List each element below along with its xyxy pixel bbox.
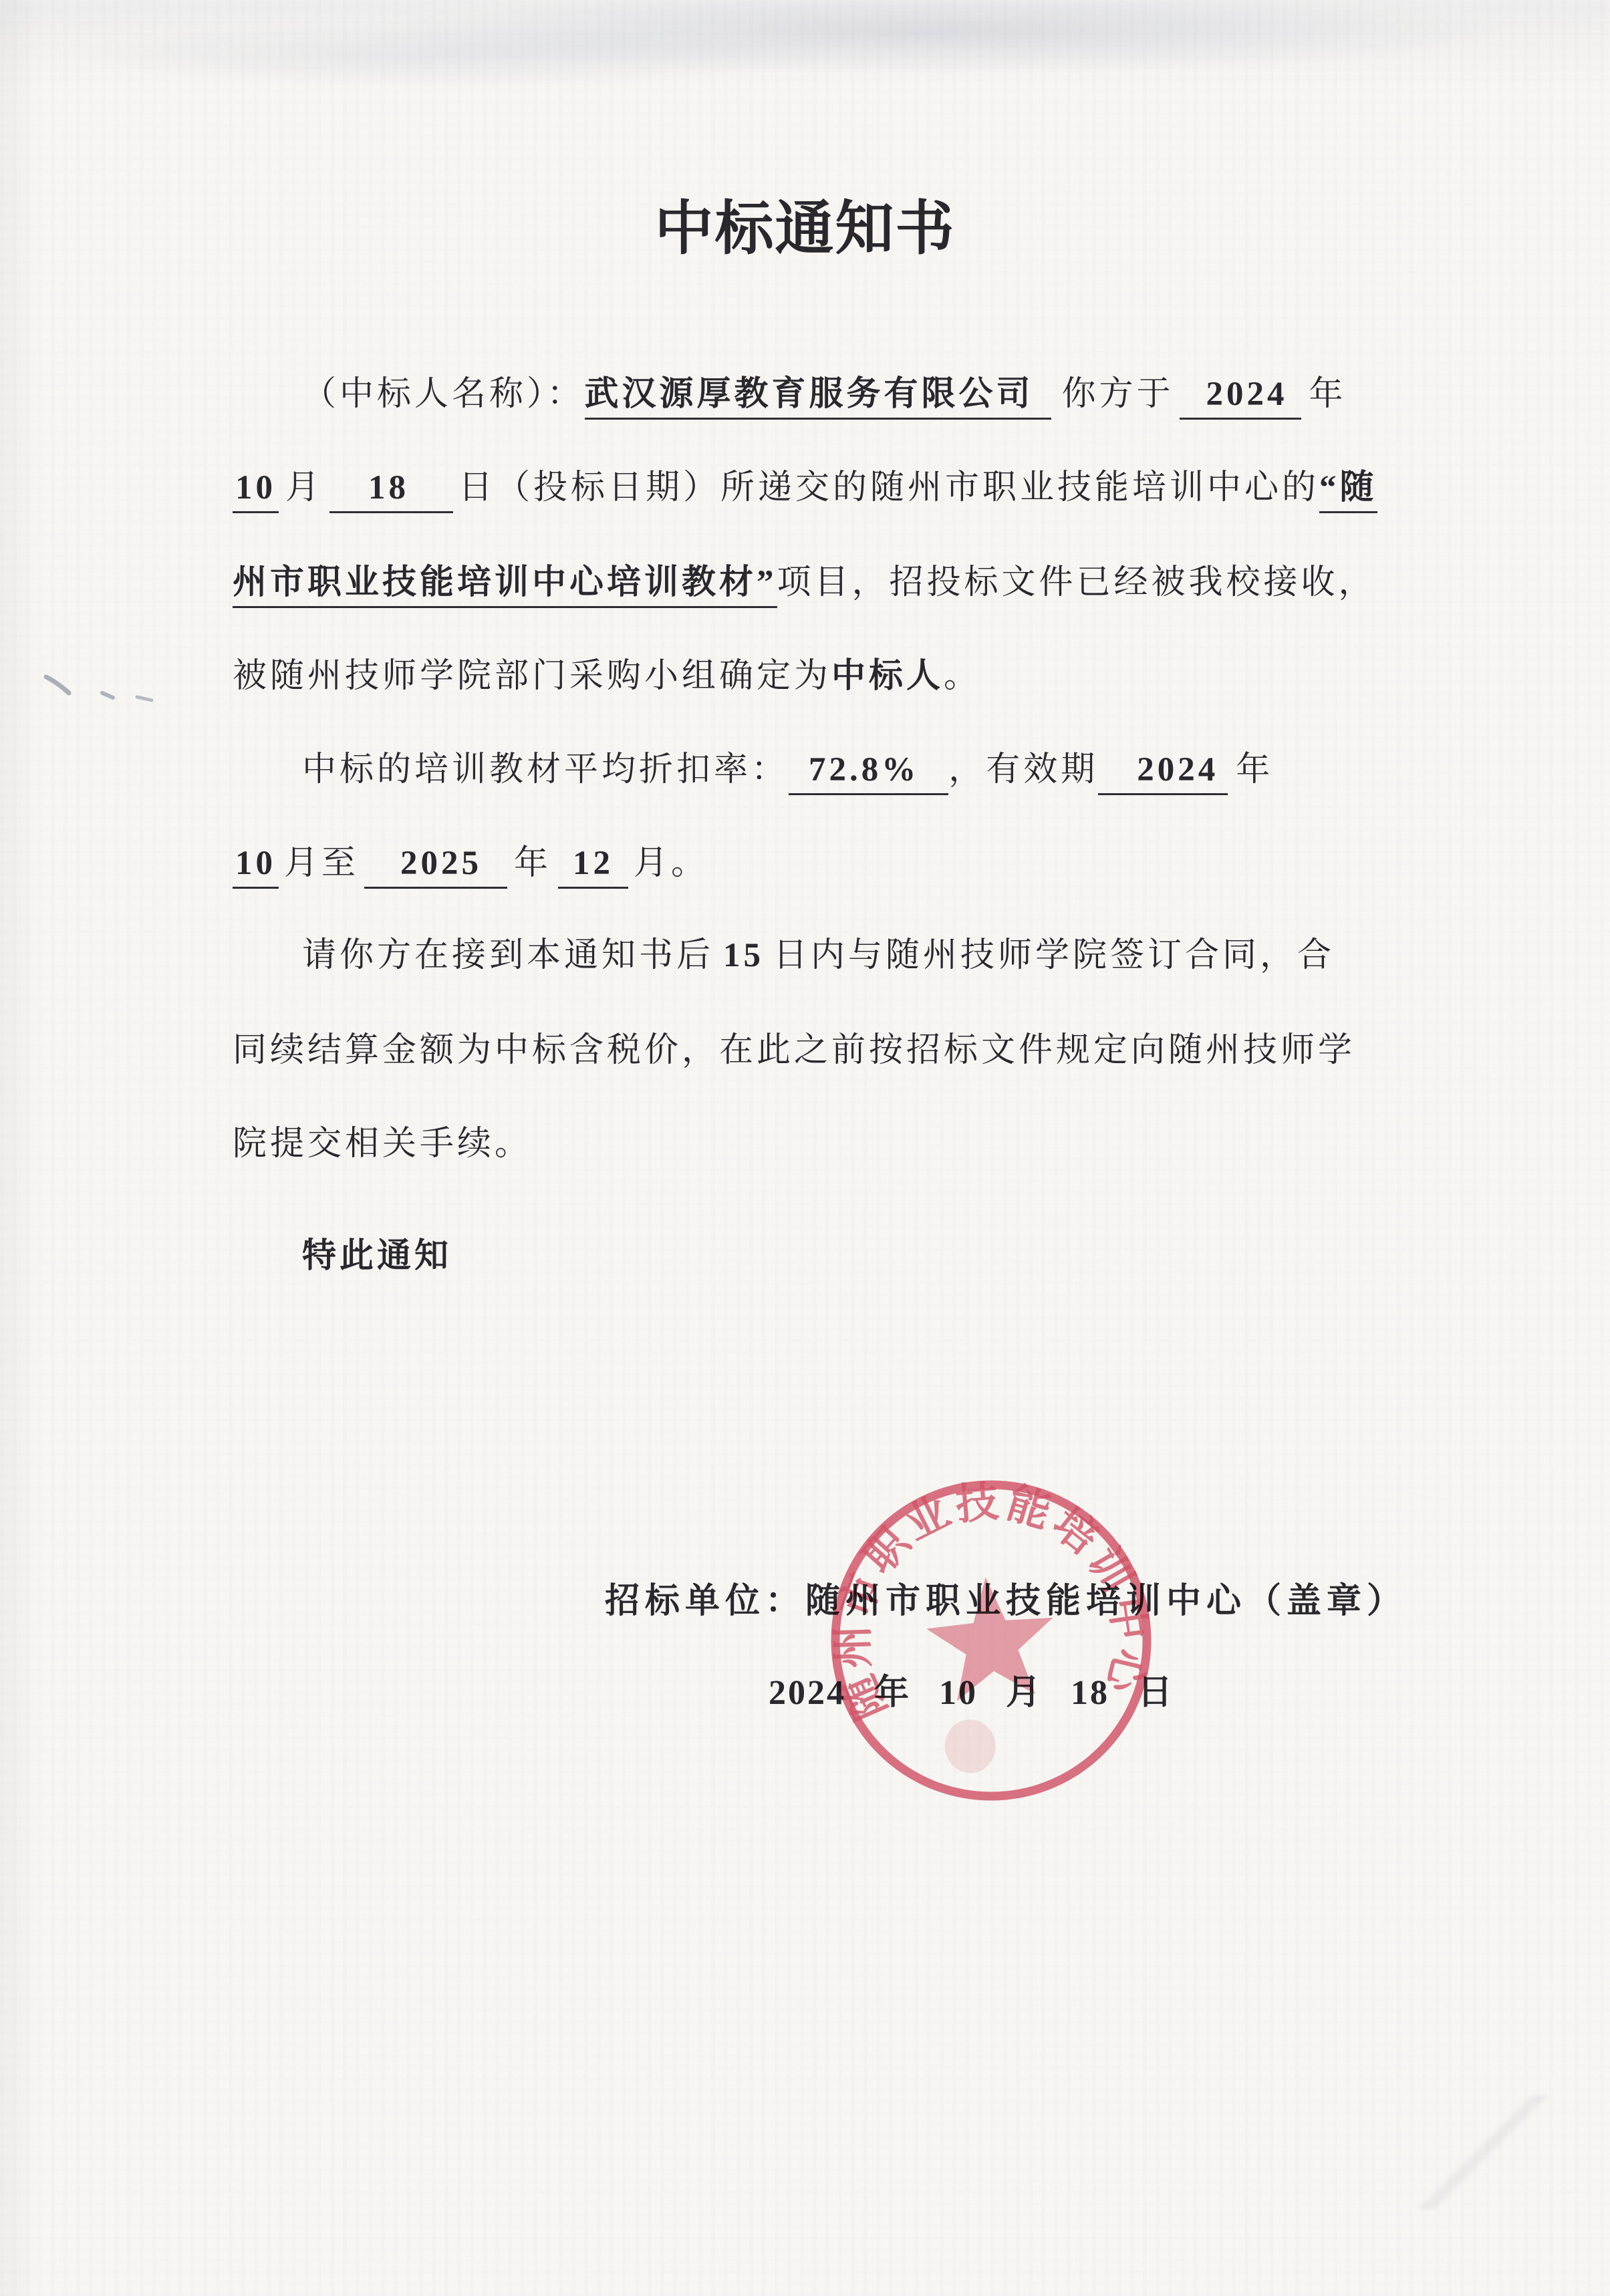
- contract-days: 15: [723, 937, 764, 974]
- bid-day: 18: [329, 469, 453, 513]
- validity-end-year: 2025: [364, 845, 507, 889]
- paper-wrinkle: [1376, 2096, 1590, 2209]
- line2-unit1: 月: [285, 469, 323, 507]
- bid-year: 2024: [1180, 376, 1301, 420]
- body-line-1: （中标人名称）：武汉源厚教育服务有限公司你方于2024年: [233, 347, 1498, 441]
- closing-phrase: 特此通知: [233, 1209, 1498, 1303]
- body-line-6: 10月至2025年12月。: [233, 817, 1429, 910]
- line6-end: 月。: [634, 845, 708, 882]
- line5-unit: 年: [1236, 751, 1273, 788]
- project-name-rest: 州市职业技能培训中心培训教材”: [233, 564, 777, 608]
- seal-smudge: [942, 1717, 998, 1775]
- winner-company-name: 武汉源厚教育服务有限公司: [585, 376, 1051, 420]
- body-line-5: 中标的培训教材平均折扣率：72.8%，有效期2024年: [233, 723, 1498, 817]
- line1-pre: （中标人名称）：: [302, 376, 585, 413]
- line4-period: 。: [944, 658, 981, 695]
- validity-end-month: 12: [558, 845, 628, 889]
- scanned-document-page: 中标通知书 （中标人名称）：武汉源厚教育服务有限公司你方于2024年 10月18…: [0, 0, 1610, 2296]
- discount-rate: 72.8%: [789, 751, 948, 795]
- body-line-8: 同续结算金额为中标含税价，在此之前按招标文件规定向随州技师学: [233, 1004, 1429, 1097]
- body-line-2: 10月18日（投标日期）所递交的随州市职业技能培训中心的“随: [233, 441, 1429, 535]
- line7-post: 日内与随州技师学院签订合同，合: [773, 937, 1335, 974]
- line6-unit1: 年: [514, 845, 551, 882]
- line2-rest: 日（投标日期）所递交的随州市职业技能培训中心的: [458, 469, 1319, 507]
- page-title: 中标通知书: [0, 182, 1610, 266]
- line5-pre: 中标的培训教材平均折扣率：: [302, 751, 789, 788]
- line4-pre: 被随州技师学院部门采购小组确定为: [233, 658, 831, 695]
- line1-mid: 你方于: [1062, 376, 1174, 413]
- star-icon: [922, 1572, 1059, 1703]
- line1-unit: 年: [1309, 376, 1347, 413]
- line7-pre: 请你方在接到本通知书后: [302, 937, 714, 974]
- official-seal-stamp: 随州市职业技能培训中心: [810, 1459, 1172, 1822]
- bid-month: 10: [233, 469, 279, 513]
- pen-mark: [37, 658, 164, 712]
- body-line-7: 请你方在接到本通知书后15日内与随州技师学院签订合同，合: [233, 909, 1498, 1002]
- winner-term: 中标人: [831, 658, 944, 695]
- validity-start-year: 2024: [1098, 751, 1228, 795]
- line3-rest: 项目，招投标文件已经被我校接收，: [777, 564, 1376, 601]
- scan-artifact-band: [0, 0, 1610, 100]
- validity-start-month: 10: [233, 845, 279, 889]
- project-name-start: “随: [1319, 469, 1377, 513]
- line6-mid1: 月至: [284, 845, 359, 882]
- tender-unit-label: 招标单位：: [605, 1582, 805, 1620]
- line5-mid: ，有效期: [948, 751, 1098, 788]
- body-line-4: 被随州技师学院部门采购小组确定为中标人。: [233, 629, 1429, 723]
- body-line-9: 院提交相关手续。: [233, 1097, 1429, 1191]
- body-line-3: 州市职业技能培训中心培训教材”项目，招投标文件已经被我校接收，: [233, 536, 1429, 629]
